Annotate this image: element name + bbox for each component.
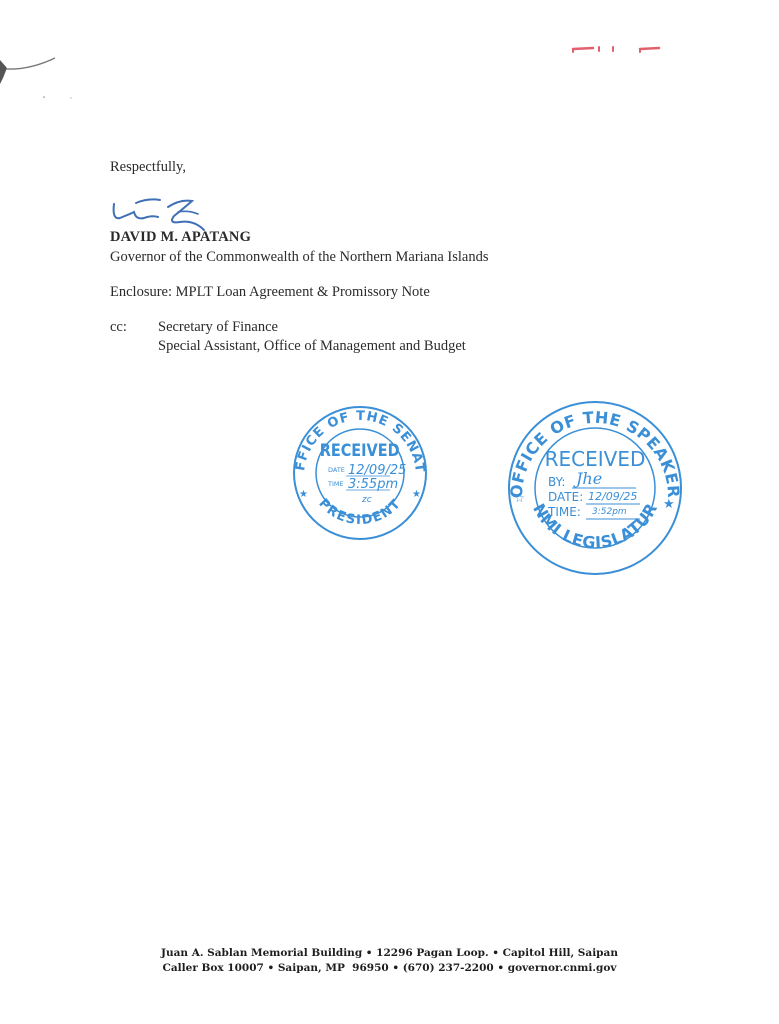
svg-text:DATE:: DATE: [548,490,583,504]
cc-recipient: Secretary of Finance [158,318,466,337]
letter-closing: Respectfully, [110,158,186,176]
star-icon: ★ [299,489,308,500]
svg-text:PRESIDENT: PRESIDENT [315,496,404,528]
signer-name: DAVID M. APATANG [110,228,251,246]
speaker-stamp-time: 3:52pm [592,507,627,517]
star-icon: ★ [412,489,421,500]
senate-stamp-status: RECEIVED [320,440,400,460]
cc-list: Secretary of Finance Special Assistant, … [158,318,466,356]
svg-text:TIME: TIME [327,480,344,488]
enclosure-line: Enclosure: MPLT Loan Agreement & Promiss… [110,283,430,301]
star-icon: ★ [663,496,675,511]
svg-text:DATE: DATE [328,466,345,474]
senate-stamp-ring-bottom: PRESIDENT [315,496,404,528]
cc-label: cc: [110,318,127,336]
footer-contact-line: Caller Box 10007 • Saipan, MP 96950 • (6… [0,961,779,976]
signer-title: Governor of the Commonwealth of the Nort… [110,248,489,266]
svg-text:BY:: BY: [548,475,565,489]
speaker-stamp-by: Jhe [573,469,602,488]
letterhead-footer: Juan A. Sablan Memorial Building • 12296… [0,946,779,976]
senate-stamp-initials: zc [361,495,372,505]
star-icon: ☆ [514,491,525,505]
staple-mark-icon [0,50,90,110]
speaker-stamp-status: RECEIVED [545,447,646,471]
cc-recipient: Special Assistant, Office of Management … [158,337,466,356]
speaker-received-stamp: OFFICE OF THE SPEAKER CNMI LEGISLATURE ☆… [500,398,690,578]
senate-received-stamp: OFFICE OF THE SENATE PRESIDENT ★ ★ RECEI… [284,404,436,542]
speaker-stamp-date: 12/09/25 [588,490,637,503]
svg-text:TIME:: TIME: [547,505,581,519]
red-stamp-fragment-icon [555,40,685,60]
footer-address-line: Juan A. Sablan Memorial Building • 12296… [0,946,779,961]
